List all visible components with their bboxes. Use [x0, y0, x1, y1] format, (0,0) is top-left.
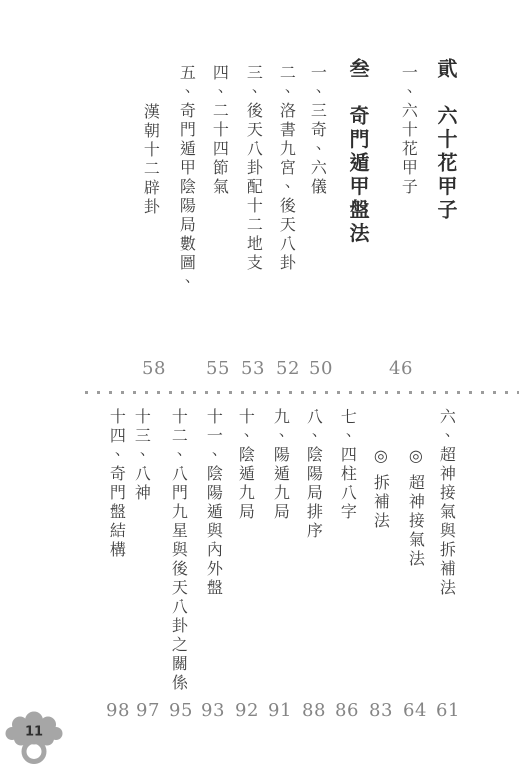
toc-entry-label: 十二、八門九星與後天八卦之關係 — [168, 408, 189, 693]
toc-entry-label: 四、二十四節氣 — [209, 64, 230, 197]
toc-entry-page-number: 46 — [389, 358, 413, 379]
toc-entry-page-number: 93 — [201, 700, 225, 721]
toc-entry-page-number: 86 — [335, 700, 359, 721]
badge-number: 11 — [25, 725, 43, 740]
toc-entry-page-number: 92 — [235, 700, 259, 721]
toc-entry-label: 十三、八神 — [131, 408, 152, 503]
toc-entry-label: 五、奇門遁甲陰陽局數圖、 — [176, 64, 197, 292]
toc-entry-label: 十一、陰陽遁與內外盤 — [203, 408, 224, 598]
double-circle-bullet-icon: ◎ — [371, 446, 390, 468]
section-heading: 貮 六十花甲子 — [433, 58, 459, 223]
toc-entry-page-number: 91 — [268, 700, 292, 721]
dotted-divider — [85, 391, 519, 394]
toc-entry-label: 六、超神接氣與拆補法 — [436, 408, 457, 598]
page-number-badge: 11 — [5, 711, 63, 764]
toc-subentry: ◎拆補法 — [370, 446, 391, 531]
toc-entry-page-number: 52 — [276, 358, 300, 379]
toc-entry-page-number: 55 — [206, 358, 230, 379]
toc-entry-label: 拆補法 — [371, 474, 390, 531]
toc-entry-page-number: 83 — [369, 700, 393, 721]
toc-entry-page-number: 53 — [241, 358, 265, 379]
double-circle-bullet-icon: ◎ — [406, 446, 425, 468]
toc-entry-label: 十、陰遁九局 — [235, 408, 256, 522]
toc-entry-label-line2: 漢朝十二辟卦 — [140, 103, 161, 217]
toc-entry-page-number: 95 — [169, 700, 193, 721]
toc-entry-page-number: 50 — [309, 358, 333, 379]
toc-entry-page-number: 58 — [142, 358, 166, 379]
toc-entry-label: 八、陰陽局排序 — [303, 408, 324, 541]
toc-entry-page-number: 98 — [106, 700, 130, 721]
section-heading: 叁 奇門遁甲盤法 — [345, 58, 371, 246]
toc-entry-label: 一、三奇、六儀 — [307, 64, 328, 197]
toc-entry-label: 七、四柱八字 — [337, 408, 358, 522]
toc-entry-label: 十四、奇門盤結構 — [106, 408, 127, 560]
toc-entry-label: 三、後天八卦配十二地支 — [243, 64, 264, 273]
toc-entry-page-number: 97 — [136, 700, 160, 721]
book-toc-page: 貮 六十花甲子 一、六十花甲子 叁 奇門遁甲盤法 一、三奇、六儀 二、洛書九宮、… — [0, 0, 522, 764]
toc-entry-label: 二、洛書九宮、後天八卦 — [276, 64, 297, 273]
toc-entry-label: 九、陽遁九局 — [270, 408, 291, 522]
toc-entry-label: 超神接氣法 — [406, 474, 425, 569]
toc-entry-label: 一、六十花甲子 — [398, 64, 419, 197]
toc-entry-page-number: 88 — [302, 700, 326, 721]
toc-entry-page-number: 64 — [403, 700, 427, 721]
toc-entry-page-number: 61 — [436, 700, 460, 721]
toc-subentry: ◎超神接氣法 — [405, 446, 426, 569]
